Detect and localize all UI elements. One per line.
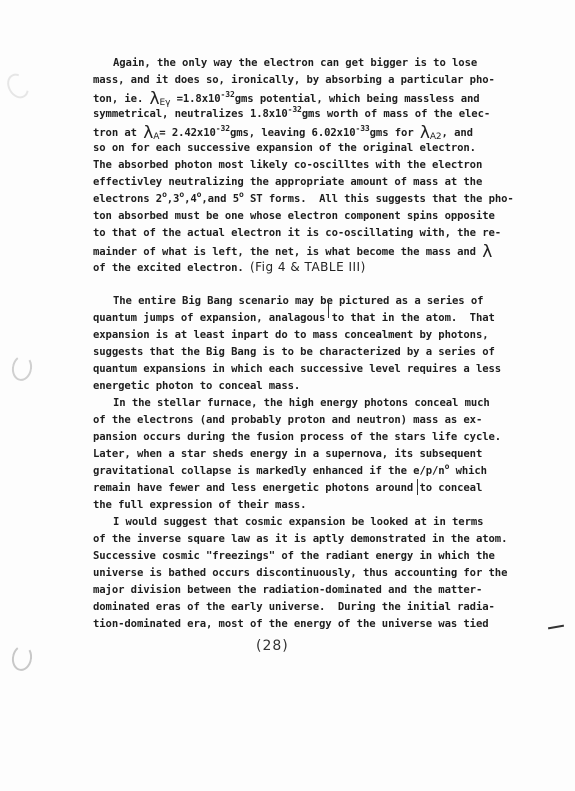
text-fragment: gms worth of mass of the elec- xyxy=(302,108,490,120)
text-fragment: electrons 2 xyxy=(93,193,162,205)
text-fragment: = 2.42x10 xyxy=(159,127,216,139)
text-line: I would suggest that cosmic expansion be… xyxy=(93,514,553,531)
text-line: Later, when a star sheds energy in a sup… xyxy=(93,446,553,463)
page-number: (28) xyxy=(256,638,289,654)
text-fragment: ,4 xyxy=(184,193,197,205)
text-line: electrons 2o,3o,4o,and 5o ST forms. All … xyxy=(93,191,553,208)
text-line: The entire Big Bang scenario may be pict… xyxy=(93,293,553,310)
text-line: of the electrons (and probably proton an… xyxy=(93,412,553,429)
text-line: remain have fewer and less energetic pho… xyxy=(93,480,553,497)
subscript: A2 xyxy=(430,132,442,142)
text-line: to that of the actual electron it is co-… xyxy=(93,225,553,242)
exponent: -32 xyxy=(221,90,235,99)
punch-hole-mark xyxy=(10,643,34,672)
text-fragment: gms, leaving 6.02x10 xyxy=(230,127,356,139)
text-fragment: ,3 xyxy=(167,193,180,205)
paragraph: Again, the only way the electron can get… xyxy=(93,55,553,276)
text-line: the full expression of their mass. xyxy=(93,497,553,514)
text-line: universe is bathed occurs discontinuousl… xyxy=(93,565,553,582)
text-line: ton absorbed must be one whose electron … xyxy=(93,208,553,225)
handwritten-annotation: (Fig 4 & TABLE III) xyxy=(250,260,366,274)
exponent: -33 xyxy=(356,124,370,133)
text-fragment: ST forms. All this suggests that the pho… xyxy=(244,193,514,205)
text-fragment: mainder of what is left, the net, is wha… xyxy=(93,246,482,258)
punch-hole-mark xyxy=(10,353,34,382)
subscript: A xyxy=(153,132,159,142)
paragraph: I would suggest that cosmic expansion be… xyxy=(93,514,553,633)
text-line: pansion occurs during the fusion process… xyxy=(93,429,553,446)
lambda-symbol: λ xyxy=(420,123,430,143)
body-text: Again, the only way the electron can get… xyxy=(93,55,553,633)
text-line: suggests that the Big Bang is to be char… xyxy=(93,344,553,361)
text-line: tron at λA= 2.42x10-32gms, leaving 6.02x… xyxy=(93,123,553,140)
text-line: Again, the only way the electron can get… xyxy=(93,55,553,72)
punch-hole-mark xyxy=(3,70,33,103)
text-line: In the stellar furnace, the high energy … xyxy=(93,395,553,412)
text-line: major division between the radiation-dom… xyxy=(93,582,553,599)
scanned-document-page: Again, the only way the electron can get… xyxy=(0,0,575,791)
lambda-symbol: λ xyxy=(482,242,492,262)
text-line: tion-dominated era, most of the energy o… xyxy=(93,616,553,633)
text-fragment: gms for xyxy=(370,127,420,139)
text-fragment: symmetrical, neutralizes 1.8x10 xyxy=(93,108,288,120)
text-line: The absorbed photon most likely co-oscil… xyxy=(93,157,553,174)
text-line: quantum expansions in which each success… xyxy=(93,361,553,378)
text-line: so on for each successive expansion of t… xyxy=(93,140,553,157)
text-fragment: , and xyxy=(442,127,473,139)
text-fragment: which xyxy=(449,465,487,477)
paragraph: The entire Big Bang scenario may be pict… xyxy=(93,293,553,395)
lambda-symbol: λ xyxy=(143,123,153,143)
text-line: of the inverse square law as it is aptly… xyxy=(93,531,553,548)
subscript: Eγ xyxy=(159,98,170,108)
text-fragment: gms potential, which being massless and xyxy=(235,93,480,105)
text-fragment: gravitational collapse is markedly enhan… xyxy=(93,465,445,477)
text-line: Successive cosmic "freezings" of the rad… xyxy=(93,548,553,565)
text-line: gravitational collapse is markedly enhan… xyxy=(93,463,553,480)
text-fragment: ,and 5 xyxy=(201,193,239,205)
text-line: mainder of what is left, the net, is wha… xyxy=(93,242,553,259)
text-line: expansion is at least inpart do to mass … xyxy=(93,327,553,344)
lambda-symbol: λ xyxy=(150,89,160,109)
exponent: -32 xyxy=(216,124,230,133)
text-line: mass, and it does so, ironically, by abs… xyxy=(93,72,553,89)
text-line: effectivley neutralizing the appropriate… xyxy=(93,174,553,191)
text-fragment: tron at xyxy=(93,127,143,139)
text-line: dominated eras of the early universe. Du… xyxy=(93,599,553,616)
text-line: quantum jumps of expansion, analagous to… xyxy=(93,310,553,327)
text-line: symmetrical, neutralizes 1.8x10-32gms wo… xyxy=(93,106,553,123)
text-line: ton, ie. λEγ =1.8x10-32gms potential, wh… xyxy=(93,89,553,106)
text-fragment: ton, ie. xyxy=(93,93,150,105)
text-fragment: =1.8x10 xyxy=(170,93,220,105)
paragraph: In the stellar furnace, the high energy … xyxy=(93,395,553,514)
text-fragment: of the excited electron. xyxy=(93,262,250,274)
text-line: energetic photon to conceal mass. xyxy=(93,378,553,395)
exponent: -32 xyxy=(288,105,302,114)
